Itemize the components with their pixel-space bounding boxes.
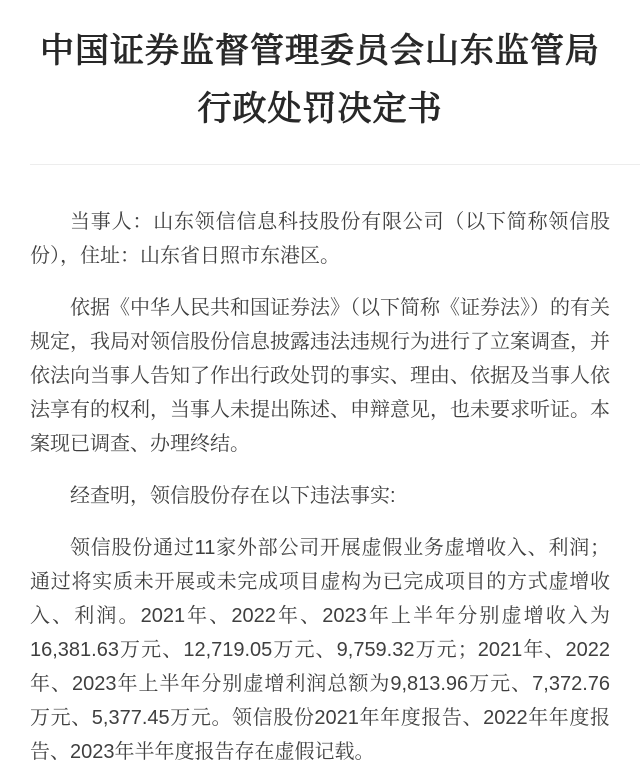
paragraph-procedure: 依据《中华人民共和国证券法》（以下简称《证券法》）的有关规定，我局对领信股份信息…: [30, 291, 610, 461]
document-title-line-2: 行政处罚决定书: [30, 80, 610, 138]
document-header: 中国证券监督管理委员会山东监管局 行政处罚决定书: [0, 0, 640, 138]
paragraph-party: 当事人：山东领信信息科技股份有限公司（以下简称领信股份），住址：山东省日照市东港…: [30, 205, 610, 273]
paragraph-findings-intro: 经查明，领信股份存在以下违法事实:: [30, 479, 610, 513]
document-body: 当事人：山东领信信息科技股份有限公司（以下简称领信股份），住址：山东省日照市东港…: [0, 165, 640, 769]
paragraph-violation-facts: 领信股份通过11家外部公司开展虚假业务虚增收入、利润；通过将实质未开展或未完成项…: [30, 531, 610, 769]
document-title-line-1: 中国证券监督管理委员会山东监管局: [30, 22, 610, 80]
